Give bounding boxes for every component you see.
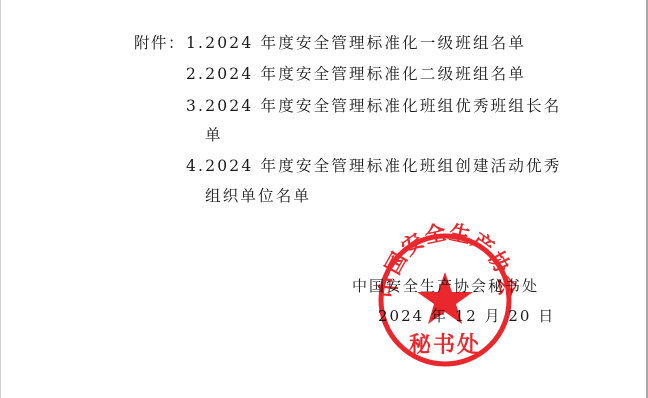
attachment-item-3: 3.2024 年度安全管理标准化班组优秀班组长名 (186, 96, 561, 116)
page-left-border (0, 0, 1, 398)
attachment-label: 附件： (134, 33, 185, 53)
star-icon (417, 272, 473, 324)
attachment-item-4-continued: 组织单位名单 (205, 186, 311, 206)
official-seal-stamp: 中国安全生产协会 秘书处 (376, 220, 516, 380)
seal-bottom-text: 秘书处 (409, 332, 481, 358)
attachment-item-2: 2.2024 年度安全管理标准化二级班组名单 (186, 64, 526, 84)
attachment-item-1: 1.2024 年度安全管理标准化一级班组名单 (186, 33, 526, 53)
attachment-item-4: 4.2024 年度安全管理标准化班组创建活动优秀 (186, 156, 561, 176)
attachment-item-3-continued: 单 (205, 125, 223, 145)
